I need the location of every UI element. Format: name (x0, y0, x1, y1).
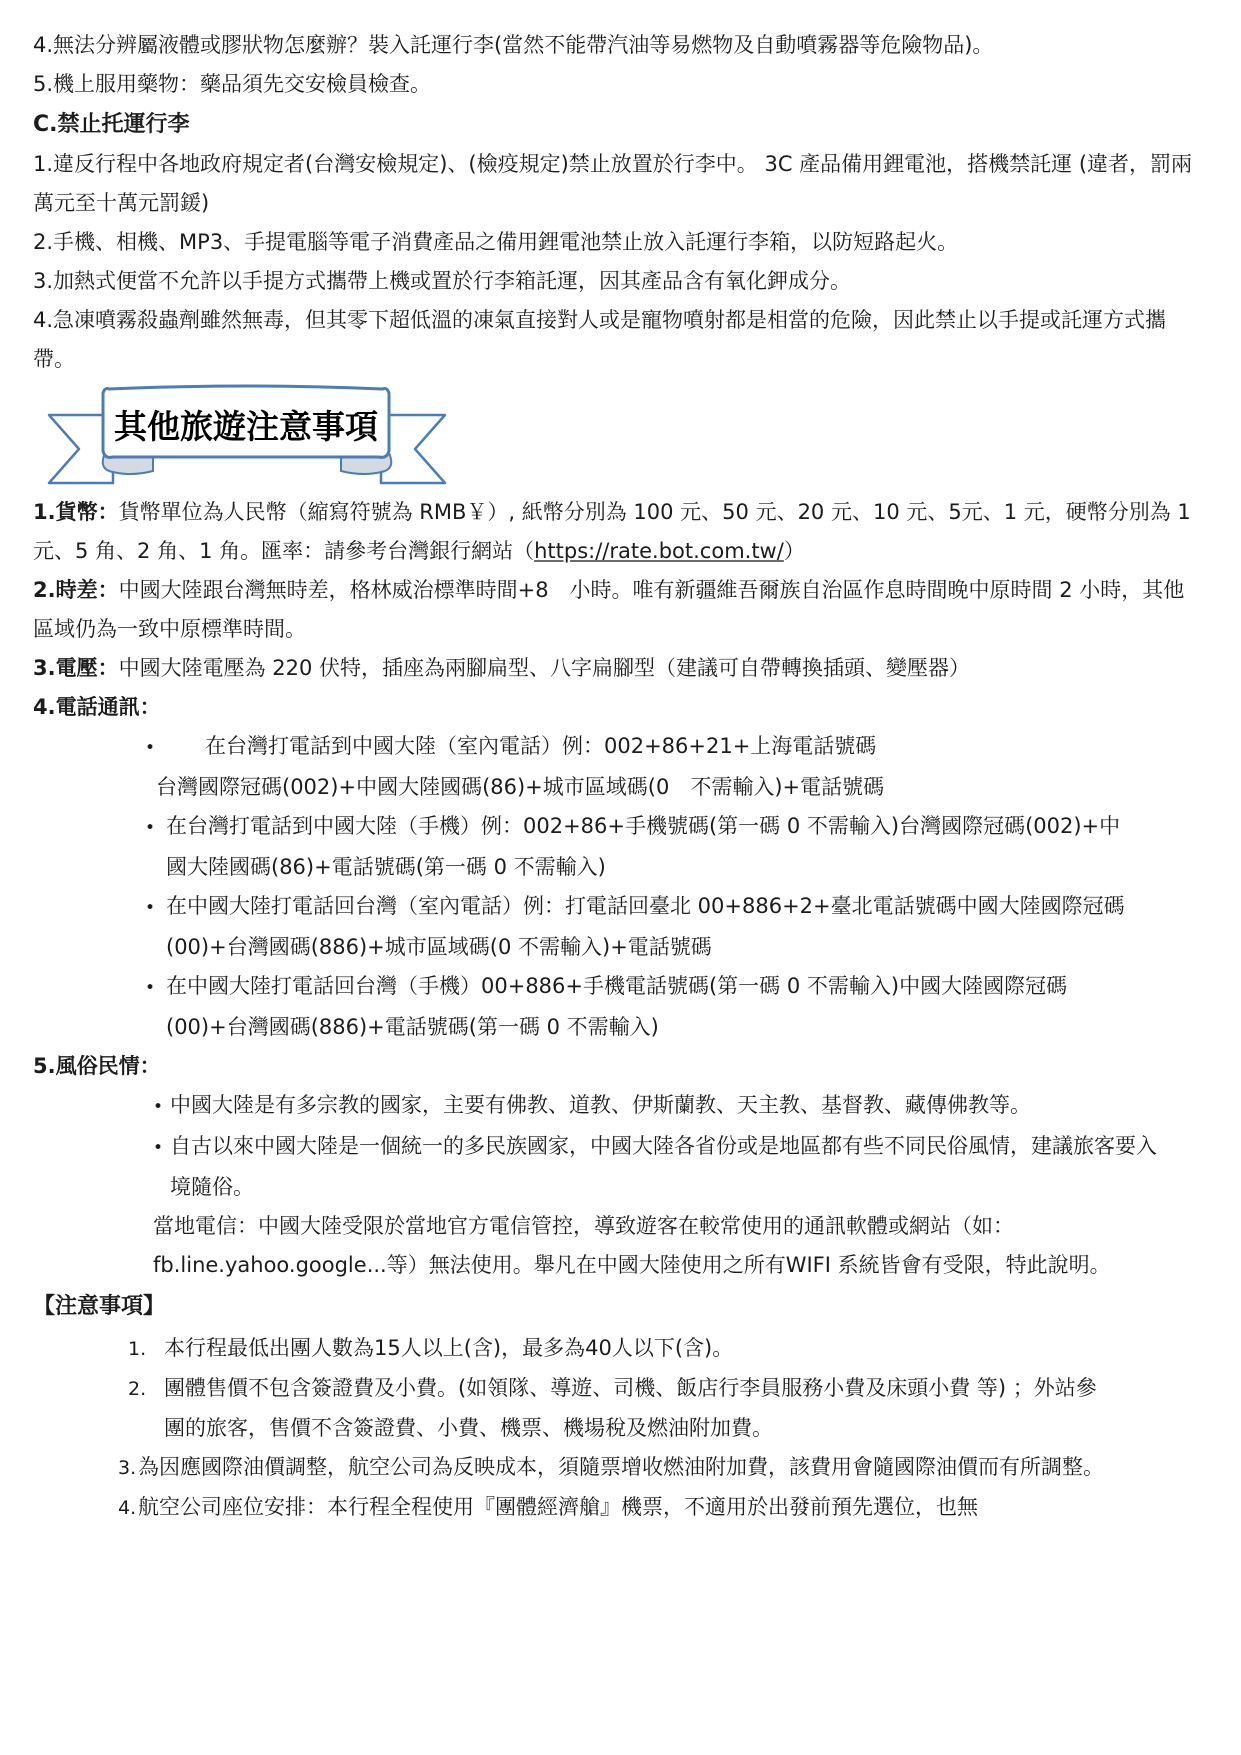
bullet-icon: • (153, 1088, 170, 1127)
ribbon-banner: 其他旅遊注意事項 (43, 383, 451, 491)
notice-item-2: 2.團體售價不包含簽證費及小費。(如領隊、導遊、司機、飯店行李員服務小費及床頭小… (128, 1369, 1114, 1448)
note-voltage-label: 3.電壓： (33, 656, 119, 680)
notice-item-1: 1.本行程最低出團人數為15人以上(含)，最多為40人以下(含)。 (128, 1329, 1114, 1369)
notice-item-3-text: 為因應國際油價調整，航空公司為反映成本，須隨票增收燃油附加費，該費用會隨國際油價… (138, 1455, 1104, 1479)
note-currency-tail: ） (784, 539, 805, 563)
document-page: 4.無法分辨屬液體或膠狀物怎麼辦？裝入託運行李(當然不能帶汽油等易燃物及自動噴霧… (0, 0, 1241, 1528)
notice-item-1-number: 1. (128, 1330, 164, 1369)
notice-item-4-text: 航空公司座位安排：本行程全程使用『團體經濟艙』機票，不適用於出發前預先選位，也無 (138, 1495, 978, 1519)
phone-bullet-4-text: 在中國大陸打電話回台灣（手機）00+886+手機電話號碼(第一碼 0 不需輸入)… (166, 974, 1067, 1039)
phone-bullet-2: •在台灣打電話到中國大陸（手機）例：002+86+手機號碼(第一碼 0 不需輸入… (145, 807, 1131, 887)
note-phone-label: 4.電話通訊： (33, 688, 1203, 727)
notice-item-4-number: 4. (118, 1489, 138, 1528)
phone-bullet-4: •在中國大陸打電話回台灣（手機）00+886+手機電話號碼(第一碼 0 不需輸入… (145, 967, 1131, 1047)
note-timezone-text: 中國大陸跟台灣無時差，格林威治標準時間+8 小時。唯有新疆維吾爾族自治區作息時間… (33, 578, 1184, 641)
carryon-item-5: 5.機上服用藥物：藥品須先交安檢員檢查。 (33, 65, 1203, 104)
section-c-item-4: 4.急凍噴霧殺蟲劑雖然無毒，但其零下超低溫的凍氣直接對人或是寵物噴射都是相當的危… (33, 301, 1203, 379)
banner-title: 其他旅遊注意事項 (105, 391, 387, 457)
notice-item-3-number: 3. (118, 1449, 138, 1488)
section-c-item-2: 2.手機、相機、MP3、手提電腦等電子消費產品之備用鋰電池禁止放入託運行李箱，以… (33, 223, 1203, 262)
note-timezone-label: 2.時差： (33, 578, 119, 602)
exchange-rate-link[interactable]: https://rate.bot.com.tw/ (534, 539, 784, 563)
note-currency-label: 1.貨幣： (33, 500, 119, 524)
phone-bullet-3-text: 在中國大陸打電話回台灣（室內電話）例：打電話回臺北 00+886+2+臺北電話號… (166, 894, 1125, 959)
note-customs-label: 5.風俗民情： (33, 1047, 1203, 1086)
notice-item-4: 4.航空公司座位安排：本行程全程使用『團體經濟艙』機票，不適用於出發前預先選位，… (118, 1488, 1123, 1528)
section-c-heading: C.禁止托運行李 (33, 104, 1203, 145)
customs-bullet-1-text: 中國大陸是有多宗教的國家，主要有佛教、道教、伊斯蘭教、天主教、基督教、藏傳佛教等… (170, 1093, 1031, 1117)
bullet-icon: • (153, 1129, 170, 1168)
bullet-icon: • (145, 809, 166, 848)
bullet-icon: • (145, 729, 205, 768)
bullet-icon: • (145, 969, 166, 1008)
bullet-icon: • (145, 889, 166, 928)
section-c-item-3: 3.加熱式便當不允許以手提方式攜帶上機或置於行李箱託運，因其產品含有氧化鉀成分。 (33, 262, 1203, 301)
carryon-item-4: 4.無法分辨屬液體或膠狀物怎麼辦？裝入託運行李(當然不能帶汽油等易燃物及自動噴霧… (33, 26, 1203, 65)
phone-bullet-1-cont: 台灣國際冠碼(002)+中國大陸國碼(86)+城市區域碼(0 不需輸入)+電話號… (156, 768, 1136, 807)
phone-bullet-2-text: 在台灣打電話到中國大陸（手機）例：002+86+手機號碼(第一碼 0 不需輸入)… (166, 814, 1120, 879)
notice-item-3: 3.為因應國際油價調整，航空公司為反映成本，須隨票增收燃油附加費，該費用會隨國際… (118, 1448, 1123, 1488)
customs-bullet-2: •自古以來中國大陸是一個統一的多民族國家，中國大陸各省份或是地區都有些不同民俗風… (153, 1127, 1175, 1207)
notice-heading: 【注意事項】 (33, 1285, 1203, 1329)
note-voltage: 3.電壓：中國大陸電壓為 220 伏特，插座為兩腳扁型、八字扁腳型（建議可自帶轉… (33, 649, 1203, 688)
phone-bullet-3: •在中國大陸打電話回台灣（室內電話）例：打電話回臺北 00+886+2+臺北電話… (145, 887, 1131, 967)
section-c-item-1: 1.違反行程中各地政府規定者(台灣安檢規定)、(檢疫規定)禁止放置於行李中。 3… (33, 145, 1203, 223)
note-voltage-text: 中國大陸電壓為 220 伏特，插座為兩腳扁型、八字扁腳型（建議可自帶轉換插頭、變… (119, 656, 970, 680)
ribbon-right-tail (381, 415, 445, 483)
phone-bullet-1: •在台灣打電話到中國大陸（室內電話）例：002+86+21+上海電話號碼 (145, 727, 1110, 768)
notice-item-2-text: 團體售價不包含簽證費及小費。(如領隊、導遊、司機、飯店行李員服務小費及床頭小費 … (164, 1376, 1097, 1440)
customs-bullet-2-text: 自古以來中國大陸是一個統一的多民族國家，中國大陸各省份或是地區都有些不同民俗風情… (170, 1134, 1157, 1199)
phone-bullet-1-text: 在台灣打電話到中國大陸（室內電話）例：002+86+21+上海電話號碼 (205, 734, 876, 758)
note-currency: 1.貨幣：貨幣單位為人民幣（縮寫符號為 RMB￥）, 紙幣分別為 100 元、5… (33, 493, 1203, 571)
notice-item-1-text: 本行程最低出團人數為15人以上(含)，最多為40人以下(含)。 (164, 1336, 733, 1360)
customs-bullet-1: •中國大陸是有多宗教的國家，主要有佛教、道教、伊斯蘭教、天主教、基督教、藏傳佛教… (153, 1086, 1175, 1127)
note-timezone: 2.時差：中國大陸跟台灣無時差，格林威治標準時間+8 小時。唯有新疆維吾爾族自治… (33, 571, 1203, 649)
customs-telecom-paragraph: 當地電信：中國大陸受限於當地官方電信管控，導致遊客在較常使用的通訊軟體或網站（如… (153, 1207, 1158, 1285)
notice-item-2-number: 2. (128, 1370, 164, 1409)
